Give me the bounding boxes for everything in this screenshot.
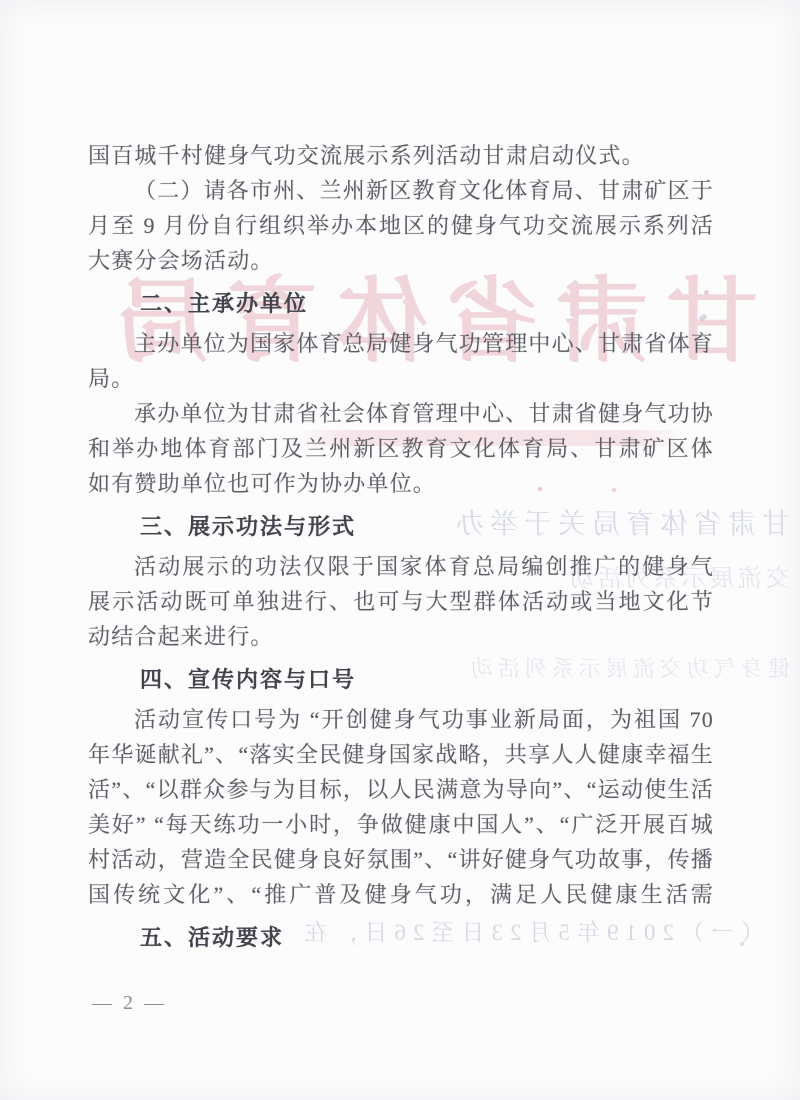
text-line: 年华诞献礼”、“落实全民健身国家战略，共享人人健康幸福生 xyxy=(88,737,714,772)
text-line: 动结合起来进行。 xyxy=(88,619,714,654)
text-line: 村活动，营造全民健身良好氛围”、“讲好健身气功故事，传播中 xyxy=(88,842,714,877)
text-line: 国百城千村健身气功交流展示系列活动甘肃启动仪式。 xyxy=(88,138,714,173)
section-heading: 三、展示功法与形式 xyxy=(88,509,714,544)
text-line: 局。 xyxy=(88,361,714,396)
text-line: （二）请各市州、兰州新区教育文化体育局、甘肃矿区于 5 xyxy=(88,173,714,208)
text-line: 活动宣传口号为 “开创健身气功事业新局面，为祖国 70 周 xyxy=(88,702,714,737)
page-number: — 2 — xyxy=(92,992,167,1015)
ink-speck xyxy=(740,942,744,946)
text-line: 美好” “每天练功一小时，争做健康中国人”、“广泛开展百城千 xyxy=(88,807,714,842)
section-heading: 四、宣传内容与口号 xyxy=(88,662,714,697)
text-line: 大赛分会场活动。 xyxy=(88,243,714,278)
text-line: 承办单位为甘肃省社会体育管理中心、甘肃省健身气功协会 xyxy=(88,396,714,431)
section-heading: 二、主承办单位 xyxy=(88,286,714,321)
text-line: 活”、“以群众参与为目标，以人民满意为导向”、“运动使生活更 xyxy=(88,772,714,807)
text-line: 主办单位为国家体育总局健身气功管理中心、甘肃省体育 xyxy=(88,326,714,361)
text-line: 月至 9 月份自行组织举办本地区的健身气功交流展示系列活动 xyxy=(88,208,714,243)
text-line: 展示活动既可单独进行、也可与大型群体活动或当地文化节庆活 xyxy=(88,584,714,619)
document-body: 国百城千村健身气功交流展示系列活动甘肃启动仪式。（二）请各市州、兰州新区教育文化… xyxy=(88,138,714,960)
scanned-document-page: 甘肃省体育局 甘肃省体育局关于举办 交流展示系列活动 健身气功交流展示系列活动 … xyxy=(0,0,800,1100)
text-line: 和举办地体育部门及兰州新区教育文化体育局、甘肃矿区体委， xyxy=(88,431,714,466)
text-line: 如有赞助单位也可作为协办单位。 xyxy=(88,466,714,501)
text-line: 国传统文化”、“推广普及健身气功，满足人民健康生活需要”。 xyxy=(88,877,714,912)
text-line: 活动展示的功法仅限于国家体育总局编创推广的健身气功。 xyxy=(88,549,714,584)
section-heading: 五、活动要求 xyxy=(88,920,714,955)
